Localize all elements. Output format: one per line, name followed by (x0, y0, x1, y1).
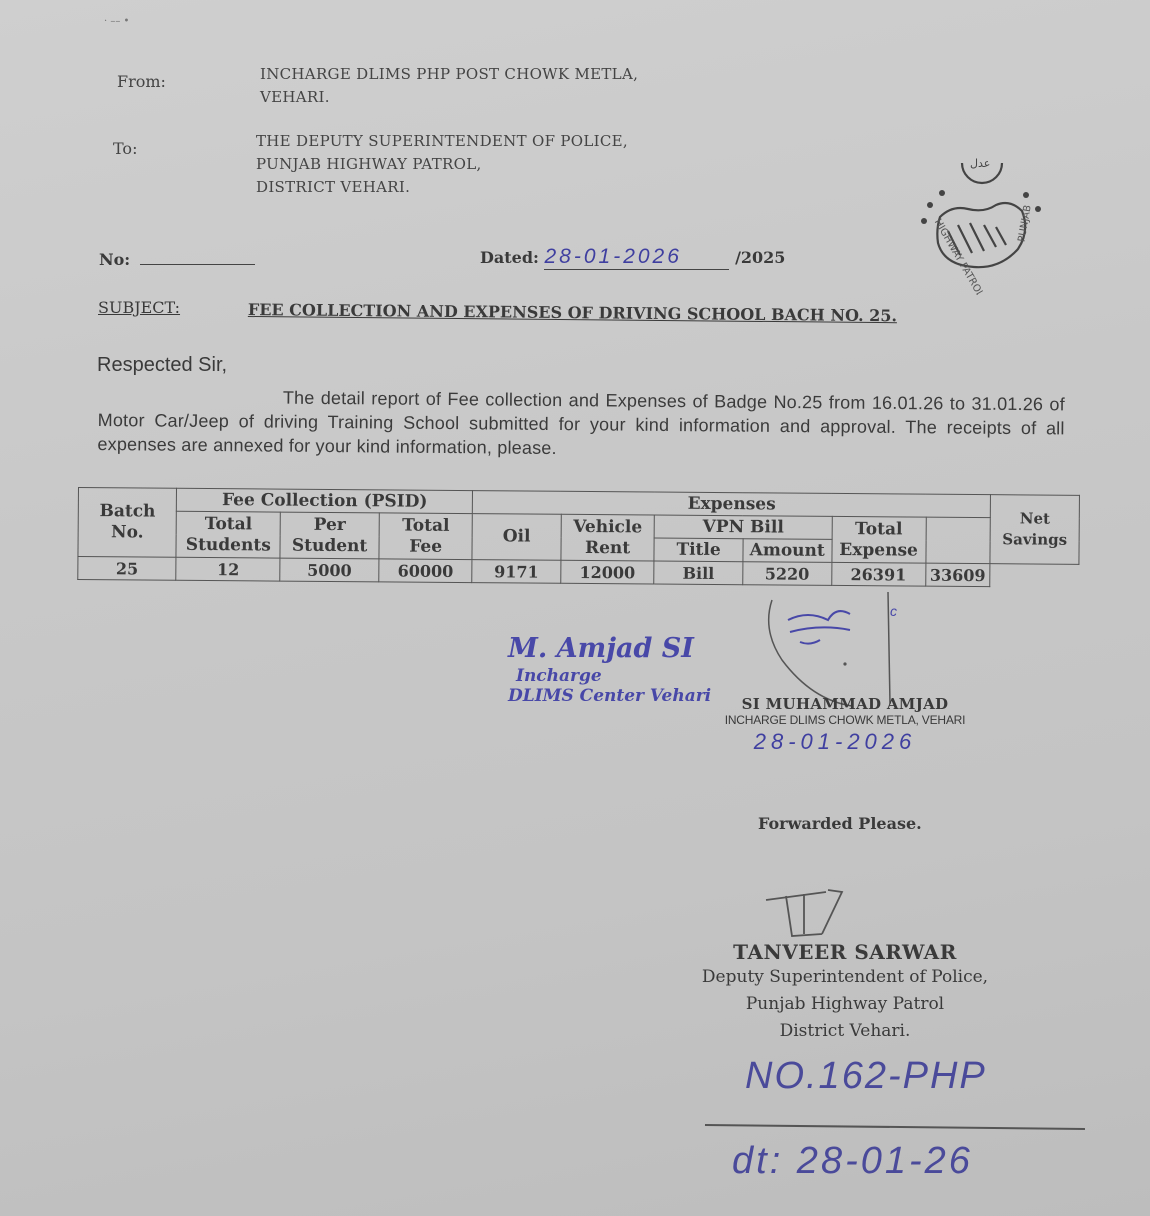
header-per-student: Per Student (280, 512, 379, 559)
signatory-title: INCHARGE DLIMS CHOWK METLA, VEHARI (700, 713, 990, 727)
no-blank-line (140, 264, 255, 265)
stamp-line-3: DLIMS Center Vehari (508, 686, 711, 706)
to-line-1: THE DEPUTY SUPERINTENDENT OF POLICE, (256, 130, 628, 153)
corner-mark: · –– • (104, 16, 129, 27)
forwarding-name: TANVEER SARWAR (675, 940, 1015, 964)
forwarding-title-1: Deputy Superintendent of Police, (675, 964, 1015, 991)
cell-per-student: 5000 (280, 558, 379, 582)
cell-vpn-amount: 5220 (743, 562, 832, 586)
forwarding-title-3: District Vehari. (675, 1018, 1015, 1045)
punjab-highway-patrol-seal-icon: عدل HIGHWAY PATROL PUNJAB (900, 145, 1060, 295)
header-vpn-title: Title (654, 538, 743, 562)
from-label: From: (117, 72, 166, 91)
cell-total-fee: 60000 (379, 559, 473, 583)
svg-text:PUNJAB: PUNJAB (1016, 204, 1033, 243)
dated-field: Dated: 28-01-2026 /2025 (480, 245, 785, 270)
cell-net-savings: 33609 (925, 563, 990, 587)
stamp-line-1: M. Amjad SI (508, 632, 711, 666)
header-vehicle-rent: Vehicle Rent (561, 514, 655, 561)
no-label: No: (99, 250, 130, 269)
cell-total-students: 12 (176, 557, 280, 581)
header-batch-no: Batch No. (78, 488, 177, 558)
cell-oil: 9171 (472, 560, 561, 584)
body-text: The detail report of Fee collection and … (97, 388, 1065, 458)
header-fee-collection: Fee Collection (PSID) (177, 488, 473, 513)
header-vpn-bill: VPN Bill (655, 515, 832, 539)
from-line-2: VEHARI. (260, 86, 638, 109)
forwarding-title-2: Punjab Highway Patrol (675, 991, 1015, 1018)
handwritten-dispatch-date: dt: 28-01-26 (732, 1140, 973, 1183)
to-line-2: PUNJAB HIGHWAY PATROL, (256, 153, 628, 176)
subject-text: FEE COLLECTION AND EXPENSES OF DRIVING S… (248, 300, 897, 325)
to-address: THE DEPUTY SUPERINTENDENT OF POLICE, PUN… (256, 130, 628, 199)
cell-batch-no: 25 (78, 557, 177, 581)
salutation: Respected Sir, (97, 354, 227, 377)
signatory-tanveer: TANVEER SARWAR Deputy Superintendent of … (675, 940, 1015, 1045)
subject-label: SUBJECT: (98, 298, 180, 317)
stamp-line-2: Incharge (516, 666, 711, 686)
to-line-3: DISTRICT VEHARI. (256, 176, 628, 199)
cell-total-expense: 26391 (831, 562, 925, 586)
dated-handwritten: 28-01-2026 (544, 245, 729, 270)
cell-vehicle-rent: 12000 (560, 560, 654, 584)
table-row: 25 12 5000 60000 9171 12000 Bill 5220 26… (78, 557, 1079, 588)
reference-number-field: No: (99, 250, 255, 269)
handwritten-dispatch-number: NO.162-PHP (745, 1055, 987, 1098)
header-vpn-amount: Amount (743, 539, 832, 563)
body-paragraph: The detail report of Fee collection and … (97, 384, 1065, 464)
signature-tanveer-icon (760, 880, 860, 944)
svg-text:c: c (890, 603, 897, 619)
header-oil: Oil (472, 514, 561, 561)
signatory-name: SI MUHAMMAD AMJAD (700, 695, 990, 713)
cell-vpn-title: Bill (654, 561, 743, 585)
to-label: To: (113, 139, 137, 158)
dated-year: /2025 (735, 248, 785, 267)
from-address: INCHARGE DLIMS PHP POST CHOWK METLA, VEH… (260, 63, 638, 109)
forwarded-note: Forwarded Please. (758, 814, 922, 833)
header-net-savings: Net Savings (990, 495, 1079, 565)
header-total-expense: Total Expense (832, 516, 926, 563)
from-line-1: INCHARGE DLIMS PHP POST CHOWK METLA, (260, 63, 638, 86)
dated-label: Dated: (480, 248, 539, 267)
signatory-amjad: SI MUHAMMAD AMJAD INCHARGE DLIMS CHOWK M… (700, 695, 990, 755)
header-total-students: Total Students (176, 511, 280, 558)
fee-expense-table: Batch No. Fee Collection (PSID) Expenses… (77, 487, 1080, 588)
officer-stamp: M. Amjad SI Incharge DLIMS Center Vehari (508, 632, 711, 706)
header-total-fee: Total Fee (379, 513, 473, 560)
handwritten-divider (705, 1124, 1085, 1130)
signatory-date-handwritten: 28-01-2026 (680, 729, 990, 755)
svg-text:عدل: عدل (970, 157, 990, 170)
